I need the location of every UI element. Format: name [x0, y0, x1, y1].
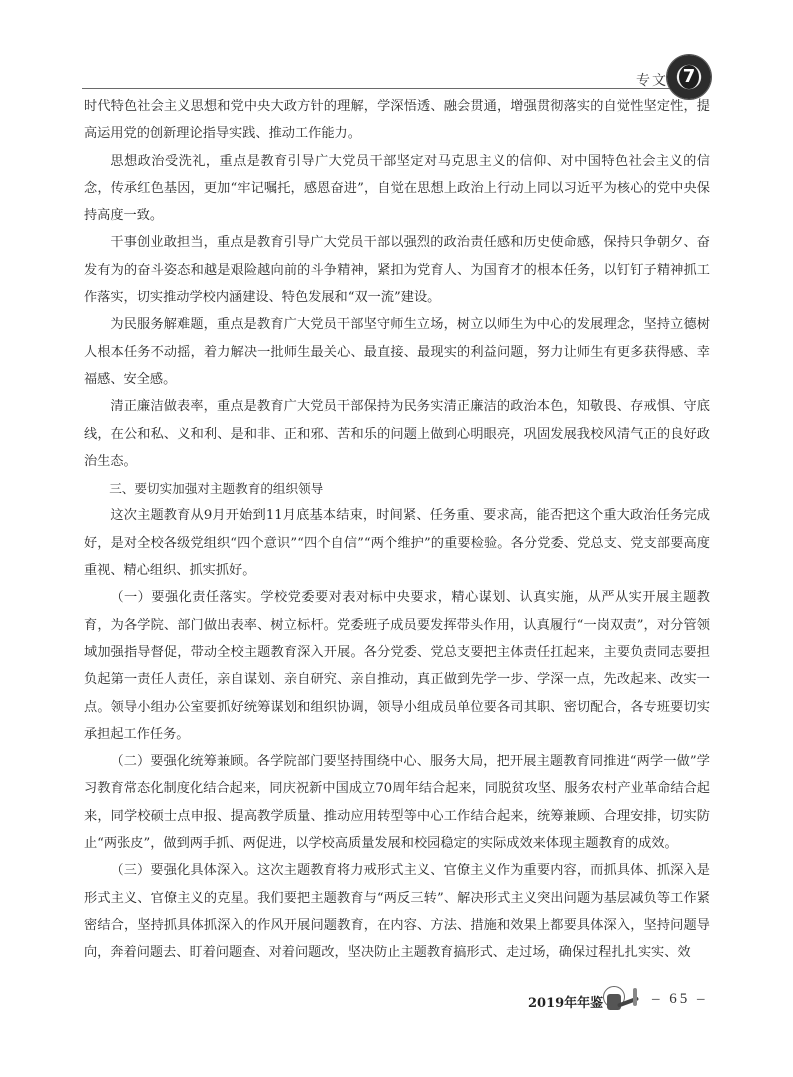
paragraph: （三）要强化具体深入。这次主题教育将力戒形式主义、官僚主义作为重要内容，而抓具体… [84, 857, 710, 966]
section-label: 专文 [636, 70, 668, 90]
paragraph: 这次主题教育从9月开始到11月底基本结束，时间紧、任务重、要求高，能否把这个重大… [84, 502, 710, 584]
paragraph: 思想政治受洗礼，重点是教育引导广大党员干部坚定对马克思主义的信仰、对中国特色社会… [84, 148, 710, 230]
yearbook-mascot-icon [603, 986, 643, 1016]
paragraph: 清正廉洁做表率，重点是教育广大党员干部保持为民务实清正廉洁的政治本色，知敬畏、存… [84, 393, 710, 475]
paragraph: 干事创业敢担当，重点是教育引导广大党员干部以强烈的政治责任感和历史使命感，保持只… [84, 229, 710, 311]
article-body: 时代特色社会主义思想和党中央大政方针的理解，学深悟透、融会贯通，增强贯彻落实的自… [84, 93, 710, 967]
paragraph: 为民服务解难题，重点是教育广大党员干部坚守师生立场，树立以师生为中心的发展理念，… [84, 311, 710, 393]
section-heading: 三、要切实加强对主题教育的组织领导 [84, 475, 710, 502]
paragraph: （二）要强化统筹兼顾。各学院部门要坚持围绕中心、服务大局，把开展主题教育同推进“… [84, 748, 710, 857]
page-footer: 2019年年鉴 – 65 – [0, 988, 793, 1018]
yearbook-label: 2019年年鉴 [528, 992, 603, 1011]
paragraph: （一）要强化责任落实。学校党委要对表对标中央要求，精心谋划、认真实施，从严从实开… [84, 584, 710, 748]
paragraph-continuation: 时代特色社会主义思想和党中央大政方针的理解，学深悟透、融会贯通，增强贯彻落实的自… [84, 93, 710, 148]
seal-numeral: 7 [679, 65, 699, 89]
page-number: – 65 – [652, 991, 708, 1008]
header-rule [82, 88, 676, 89]
